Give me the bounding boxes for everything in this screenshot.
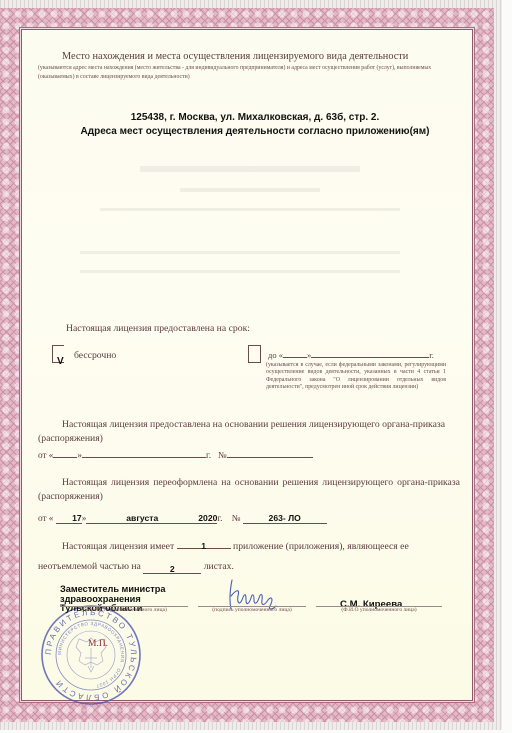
reissue-number-label: № bbox=[232, 513, 241, 523]
basis-date-prefix: от « bbox=[38, 450, 53, 460]
basis-text: Настоящая лицензия предоставлена на осно… bbox=[38, 418, 458, 446]
until-month-blank bbox=[311, 357, 429, 358]
appendix-before: Настоящая лицензия имеет bbox=[62, 541, 174, 552]
mp-label: М.П. bbox=[88, 639, 108, 649]
basis-date-line: от «»г. № bbox=[38, 447, 313, 460]
until-day-blank bbox=[283, 357, 307, 358]
until-mid: » bbox=[307, 350, 311, 360]
sheets-count: 2 bbox=[143, 559, 201, 574]
signature-caption: (подпись уполномоченного лица) bbox=[198, 607, 306, 613]
reverse-show-through bbox=[60, 150, 440, 310]
until-date-checkbox[interactable] bbox=[248, 345, 261, 363]
basis-month-blank bbox=[82, 447, 206, 458]
reissue-year: 2020 bbox=[198, 513, 217, 524]
official-stamp-icon: ПРАВИТЕЛЬСТВО ТУЛЬСКОЙ ОБЛАСТИ МИНИСТЕРС… bbox=[40, 604, 142, 706]
reissue-date-line: от « 17»августа2020г. № 263- ЛО bbox=[38, 513, 327, 524]
name-caption: (Ф.И.О уполномоченного лица) bbox=[316, 607, 442, 613]
reissue-year-suffix: г. bbox=[217, 513, 222, 523]
sheets-before: неотъемлемой частью на bbox=[38, 561, 141, 572]
basis-year-suffix: г. bbox=[206, 450, 211, 460]
appendix-text: Настоящая лицензия имеет 1 приложение (п… bbox=[38, 536, 458, 577]
appendix-count: 1 bbox=[177, 536, 231, 549]
until-date-note: (указывается в случае, если федеральными… bbox=[266, 362, 446, 392]
address-block: 125438, г. Москва, ул. Михалковская, д. … bbox=[50, 111, 460, 139]
position-caption: (должность уполномоченного лица) bbox=[60, 607, 188, 613]
basis-day-blank bbox=[53, 447, 77, 458]
reissue-date-prefix: от « bbox=[38, 513, 53, 523]
appendix-after: приложение (приложения), являющееся ее bbox=[233, 541, 409, 552]
term-label: Настоящая лицензия предоставлена на срок… bbox=[66, 323, 250, 334]
basis-number-blank bbox=[227, 447, 313, 458]
address-line: 125438, г. Москва, ул. Михалковская, д. … bbox=[50, 111, 460, 125]
reissue-text: Настоящая лицензия переоформлена на осно… bbox=[38, 476, 460, 504]
sheets-after: листах. bbox=[204, 561, 234, 572]
location-heading: Место нахождения и места осуществления л… bbox=[38, 52, 468, 83]
until-suffix: г. bbox=[429, 350, 434, 360]
address-appendix-note: Адреса мест осуществления деятельности с… bbox=[50, 125, 460, 139]
reissue-day: 17 bbox=[56, 513, 82, 524]
location-heading-note: (указываются адрес места нахождения (мес… bbox=[38, 64, 468, 83]
reissue-number: 263- ЛО bbox=[243, 513, 327, 524]
until-date-field: до «»г. bbox=[268, 350, 434, 360]
reissue-month: августа bbox=[86, 513, 198, 524]
check-mark-icon: V bbox=[57, 356, 64, 367]
until-prefix: до « bbox=[268, 350, 283, 360]
basis-number-label: № bbox=[218, 450, 227, 460]
permanent-option-label: бессрочно bbox=[74, 350, 116, 361]
location-heading-title: Место нахождения и места осуществления л… bbox=[38, 52, 468, 64]
